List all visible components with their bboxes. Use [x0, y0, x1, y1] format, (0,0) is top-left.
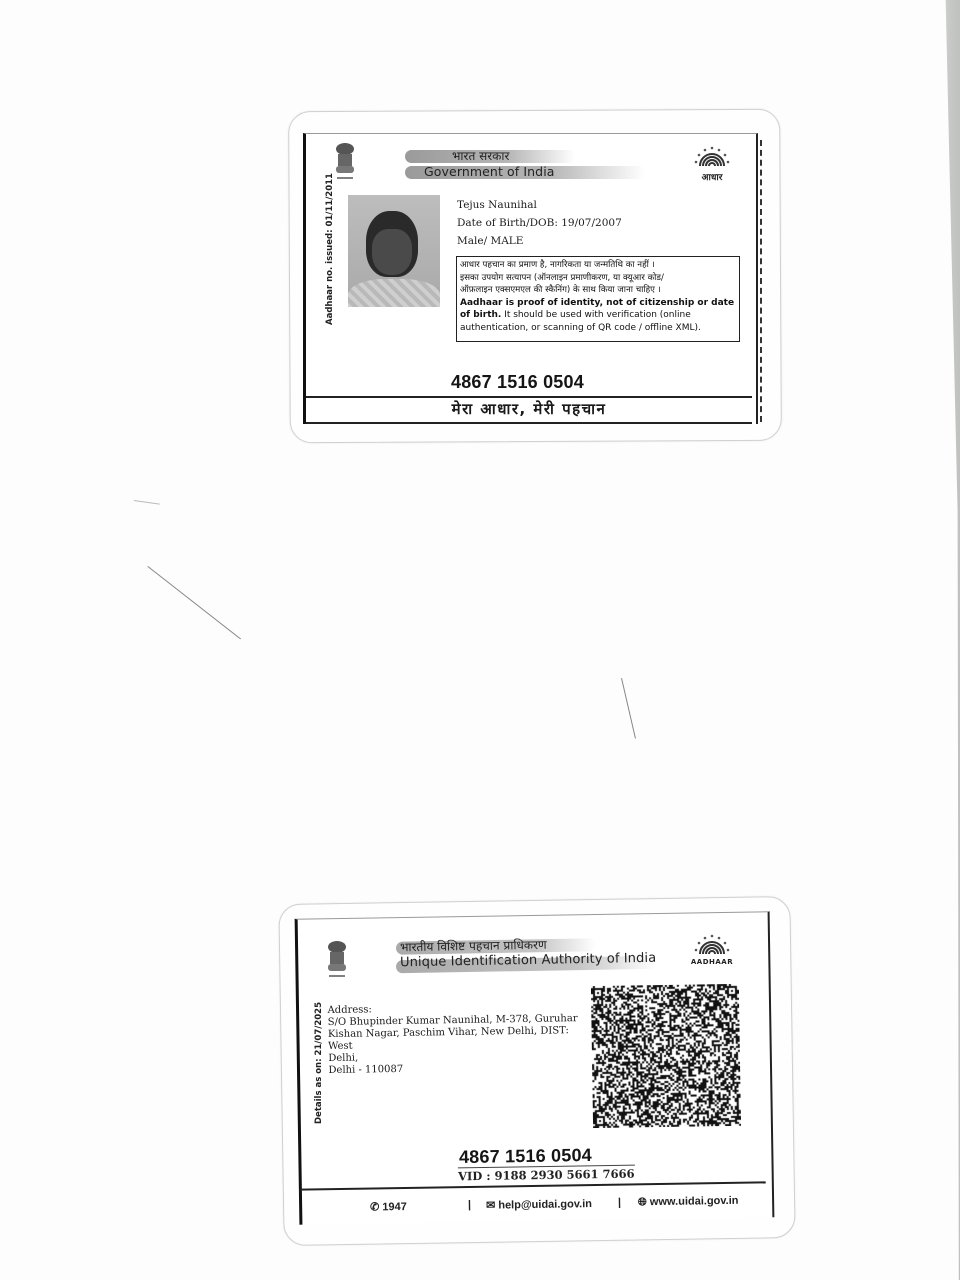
tagline: मेरा आधार, मेरी पहचान: [306, 396, 752, 424]
website-contact[interactable]: 🌐︎ www.uidai.gov.in: [638, 1195, 739, 1210]
notice-hindi-line: इसका उपयोग सत्यापन (ऑनलाइन प्रमाणीकरण, य…: [460, 272, 736, 285]
date-of-birth: Date of Birth/DOB: 19/07/2007: [457, 217, 622, 229]
logo-text: आधार: [688, 170, 736, 183]
phone-contact: ✆ 1947: [370, 1200, 407, 1214]
aadhaar-number: 4867 1516 0504: [451, 372, 584, 393]
issued-date-label: Aadhaar no. issued: 01/11/2011: [325, 173, 335, 325]
header-hindi: भारत सरकार: [452, 147, 509, 164]
details-date-label: Details as on: 21/07/2025: [314, 1002, 324, 1124]
scratch-mark: [147, 566, 241, 639]
phone-icon: ✆: [370, 1201, 379, 1213]
fingerprint-sun-icon: [692, 146, 732, 168]
header-english: Government of India: [424, 164, 555, 179]
holder-photo: [348, 195, 440, 307]
aadhaar-logo: आधार: [688, 146, 736, 183]
separator: |: [468, 1199, 471, 1211]
virtual-id: VID : 9188 2930 5661 7666: [458, 1165, 635, 1184]
globe-icon: 🌐︎: [638, 1196, 647, 1208]
address-block: Address: S/O Bhupinder Kumar Naunihal, M…: [327, 1001, 588, 1077]
qr-code: [591, 984, 741, 1128]
cut-line: [760, 140, 762, 422]
scratch-mark: [134, 500, 160, 505]
notice-english: Aadhaar is proof of identity, not of cit…: [460, 297, 736, 335]
background-edge: [936, 0, 960, 1280]
notice-hindi-line: आधार पहचान का प्रमाण है, नागरिकता या जन्…: [460, 259, 736, 272]
fingerprint-sun-icon: [692, 934, 732, 956]
website-link[interactable]: www.uidai.gov.in: [650, 1195, 739, 1208]
validity-notice: आधार पहचान का प्रमाण है, नागरिकता या जन्…: [456, 256, 740, 342]
email-contact[interactable]: ✉ help@uidai.gov.in: [486, 1197, 592, 1212]
holder-name: Tejus Naunihal: [457, 199, 537, 211]
mail-icon: ✉: [486, 1200, 495, 1212]
contact-footer: ✆ 1947 | ✉ help@uidai.gov.in | 🌐︎ www.ui…: [300, 1181, 767, 1226]
national-emblem-icon: [324, 940, 350, 980]
scratch-mark: [621, 678, 636, 739]
phone-number: 1947: [382, 1201, 407, 1213]
national-emblem-icon: [332, 142, 358, 182]
gender: Male/ MALE: [457, 235, 523, 247]
logo-text: AADHAAR: [688, 958, 736, 966]
notice-hindi-line: ऑफ़लाइन एक्सएमएल की स्कैनिंग) के साथ किय…: [460, 284, 736, 297]
aadhaar-logo: AADHAAR: [688, 934, 736, 966]
email-link[interactable]: help@uidai.gov.in: [498, 1198, 592, 1211]
separator: |: [618, 1197, 621, 1209]
